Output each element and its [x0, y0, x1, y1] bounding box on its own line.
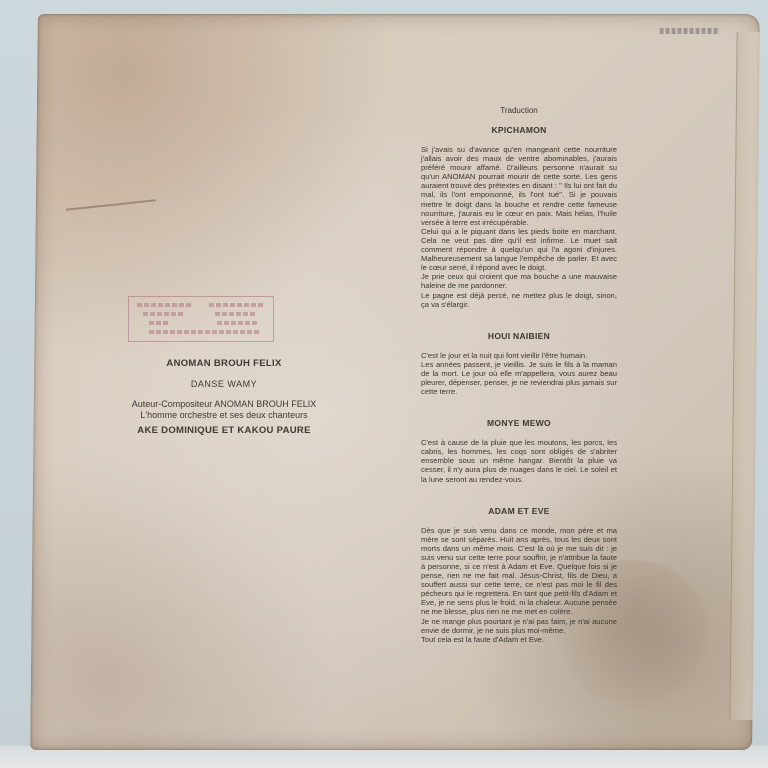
- translation-heading: Traduction: [421, 106, 617, 115]
- sleeve-crease: [66, 199, 156, 210]
- stamp-text-line: [149, 330, 259, 334]
- catalog-number-illegible: [660, 28, 720, 34]
- stamp-text-line: [217, 321, 257, 325]
- stamp-text-line: [209, 303, 265, 307]
- author-line: Auteur-Compositeur ANOMAN BROUH FELIX: [74, 399, 374, 410]
- song-lyrics: Dès que je suis venu dans ce monde, mon …: [421, 526, 617, 644]
- album-title: DANSE WAMY: [74, 379, 374, 389]
- song-list: KPICHAMONSi j'avais su d'avance qu'en ma…: [421, 125, 617, 644]
- stamp-text-line: [143, 312, 183, 316]
- song-block: HOUI NAIBIENC'est le jour et la nuit qui…: [421, 331, 617, 396]
- song-title: HOUI NAIBIEN: [421, 331, 617, 341]
- lyrics-paragraph: C'est à cause de la pluie que les mouton…: [421, 438, 617, 483]
- lyrics-paragraph: Dès que je suis venu dans ce monde, mon …: [421, 526, 617, 617]
- album-credits: ANOMAN BROUH FELIX DANSE WAMY Auteur-Com…: [74, 358, 374, 436]
- song-block: MONYE MEWOC'est à cause de la pluie que …: [421, 418, 617, 483]
- song-block: KPICHAMONSi j'avais su d'avance qu'en ma…: [421, 125, 617, 309]
- song-title: ADAM ET EVE: [421, 506, 617, 516]
- lyrics-paragraph: Je ne mange plus pourtant je n'ai pas fa…: [421, 617, 617, 635]
- singers-names: AKE DOMINIQUE ET KAKOU PAURE: [74, 425, 374, 436]
- lyrics-paragraph: Celui qui a le piquant dans les pieds bo…: [421, 227, 617, 272]
- lyrics-paragraph: Si j'avais su d'avance qu'en mangeant ce…: [421, 145, 617, 227]
- lyrics-translation-column: Traduction KPICHAMONSi j'avais su d'avan…: [421, 106, 617, 666]
- artist-name: ANOMAN BROUH FELIX: [74, 358, 374, 369]
- lyrics-paragraph: Tout cela est la faute d'Adam et Eve.: [421, 635, 617, 644]
- stamp-text-line: [149, 321, 169, 325]
- lyrics-paragraph: Je prie ceux qui croient que ma bouche a…: [421, 272, 617, 290]
- song-title: MONYE MEWO: [421, 418, 617, 428]
- song-block: ADAM ET EVEDès que je suis venu dans ce …: [421, 506, 617, 644]
- song-lyrics: C'est le jour et la nuit qui font vieill…: [421, 351, 617, 396]
- lyrics-paragraph: Les années passent, je vieillis. Je suis…: [421, 360, 617, 396]
- song-title: KPICHAMON: [421, 125, 617, 135]
- faded-ink-stamp: [128, 296, 274, 342]
- stamp-text-line: [215, 312, 257, 316]
- lyrics-paragraph: Le pagne est déjà percé, ne mettez plus …: [421, 291, 617, 309]
- song-lyrics: Si j'avais su d'avance qu'en mangeant ce…: [421, 145, 617, 309]
- stamp-text-line: [137, 303, 193, 307]
- lyrics-paragraph: C'est le jour et la nuit qui font vieill…: [421, 351, 617, 360]
- song-lyrics: C'est à cause de la pluie que les mouton…: [421, 438, 617, 483]
- orchestra-line: L'homme orchestre et ses deux chanteurs: [74, 410, 374, 421]
